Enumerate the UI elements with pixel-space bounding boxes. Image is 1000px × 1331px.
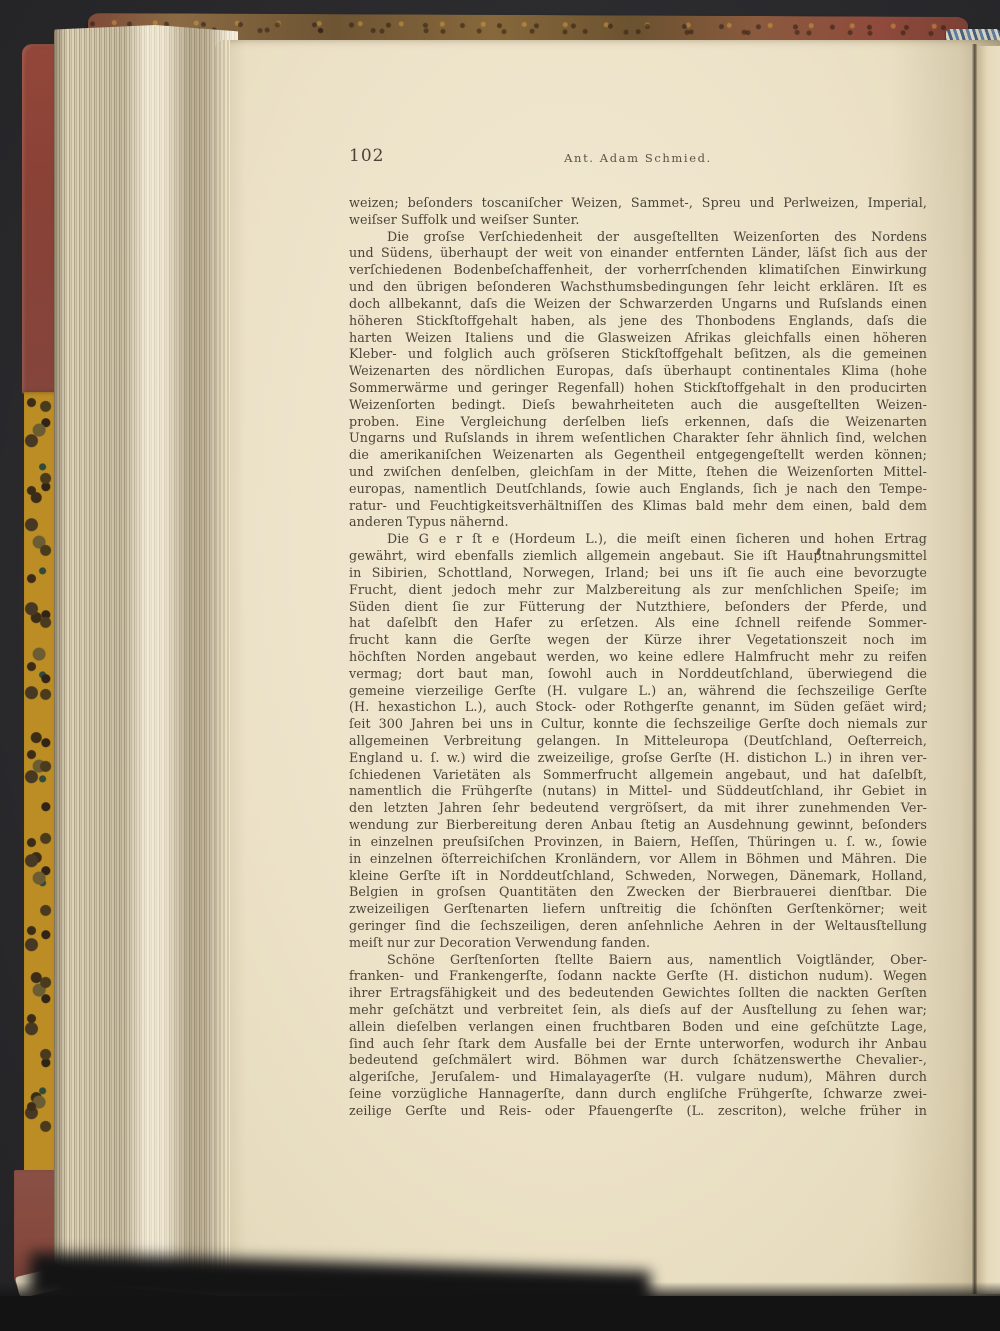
- text-line: Frucht, dient jedoch mehr zur Malzbereit…: [349, 582, 927, 599]
- text-line: algeriſche, Jeruſalem- und Himalayagerſt…: [349, 1069, 927, 1086]
- text-line: ſind auch ſehr ſtark dem Ausfalle bei de…: [349, 1036, 927, 1053]
- text-line: weiſser Suffolk und weiſser Sunter.: [349, 212, 927, 229]
- text-line: in einzelnen öſterreichiſchen Kronländer…: [349, 851, 927, 868]
- text-line: franken- und Frankengerſte, ſodann nackt…: [349, 968, 927, 985]
- text-line: europas, namentlich Deutſchlands, ſowie …: [349, 481, 927, 498]
- text-line: und den übrigen beſonderen Wachsthumsbed…: [349, 279, 927, 296]
- text-line: ſchiedenen Varietäten als Sommerfrucht a…: [349, 767, 927, 784]
- book-scan-scene: 102 Ant. Adam Schmied. weizen; beſonders…: [0, 0, 1000, 1331]
- text-line: Weizenarten des nördlichen Europas, daſs…: [349, 363, 927, 380]
- text-line: Süden dient ſie zur Fütterung der Nutzth…: [349, 599, 927, 616]
- text-line: anderen Typus nähernd.: [349, 514, 927, 531]
- facing-page-sliver: [977, 46, 1000, 1294]
- paragraph: Schöne Gerſtenſorten ſtellte Baiern aus,…: [349, 952, 927, 1120]
- text-line: verſchiedenen Bodenbeſchaffenheit, der v…: [349, 262, 927, 279]
- running-head: Ant. Adam Schmied.: [349, 151, 927, 165]
- text-line: zeilige Gerſte und Reis- oder Pfauengerſ…: [349, 1103, 927, 1120]
- text-line: proben. Eine Vergleichung derſelben lieſ…: [349, 414, 927, 431]
- text-line: hat daſelbſt den Hafer zu erſetzen. Als …: [349, 615, 927, 632]
- text-line: wendung zur Bierbereitung deren Anbau ſt…: [349, 817, 927, 834]
- text-line: frucht kann die Gerſte wegen der Kürze i…: [349, 632, 927, 649]
- ink-speck: [735, 625, 737, 627]
- text-line: Sommerwärme und geringer Regenfall) hohe…: [349, 380, 927, 397]
- text-line: Ungarns und Ruſslands in ihrem weſentlic…: [349, 430, 927, 447]
- text-line: höchſten Norden angebaut werden, wo kein…: [349, 649, 927, 666]
- text-line: und Südens, überhaupt der weit von einan…: [349, 245, 927, 262]
- text-line: und zwiſchen denſelben, gleichſam in der…: [349, 464, 927, 481]
- text-line: in einzelnen preuſsiſchen Provinzen, in …: [349, 834, 927, 851]
- text-line: allgemeinen Verbreitung gelangen. In Mit…: [349, 733, 927, 750]
- text-line: Die G e r ſt e (Hordeum L.), die meiſt e…: [349, 531, 927, 548]
- text-line: (H. hexastichon L.), auch Stock- oder Ro…: [349, 699, 927, 716]
- text-line: den letzten Jahren ſehr bedeutend vergrö…: [349, 800, 927, 817]
- text-line: höheren Stickſtoffgehalt haben, als jene…: [349, 313, 927, 330]
- text-line: gemeine vierzeilige Gerſte (H. vulgare L…: [349, 683, 927, 700]
- text-line: kleine Gerſte iſt in Norddeutſchland, Sc…: [349, 868, 927, 885]
- text-line: allein dieſelben verlangen einen fruchtb…: [349, 1019, 927, 1036]
- text-line: doch allbekannt, daſs die Weizen der Sch…: [349, 296, 927, 313]
- text-line: Weizenſorten bedingt. Dieſs bewahrheitet…: [349, 397, 927, 414]
- text-line: weizen; beſonders toscaniſcher Weizen, S…: [349, 195, 927, 212]
- text-line: geringer ſind die ſechszeiligen, deren a…: [349, 918, 927, 935]
- text-line: ſeine vorzügliche Hannagerſte, dann durc…: [349, 1086, 927, 1103]
- paragraph: Die G e r ſt e (Hordeum L.), die meiſt e…: [349, 531, 927, 951]
- text-line: England u. ſ. w.) wird die zweizeilige, …: [349, 750, 927, 767]
- text-line: ihrer Ertragsfähigkeit und des bedeutend…: [349, 985, 927, 1002]
- text-line: namentlich die Frühgerſte (nutans) in Mi…: [349, 783, 927, 800]
- text-line: Belgien in groſsen Quantitäten den Zweck…: [349, 884, 927, 901]
- text-line: ratur- und Feuchtigkeitsverhältniſſen de…: [349, 498, 927, 515]
- text-line: Die groſse Verſchiedenheit der ausgeſtel…: [349, 229, 927, 246]
- text-line: in Sibirien, Schottland, Norwegen, Irlan…: [349, 565, 927, 582]
- fore-edge-page-stack: [54, 25, 238, 1297]
- text-line: Schöne Gerſtenſorten ſtellte Baiern aus,…: [349, 952, 927, 969]
- text-line: Kleber- und folglich auch gröſseren Stic…: [349, 346, 927, 363]
- text-line: zweizeiligen Gerſtenarten liefern unſtre…: [349, 901, 927, 918]
- page-body: weizen; beſonders toscaniſcher Weizen, S…: [349, 195, 927, 1120]
- text-line: mehr geſchätzt und verbreitet ſein, als …: [349, 1002, 927, 1019]
- text-line: ſeit 300 Jahren bei uns in Cultur, konnt…: [349, 716, 927, 733]
- page-left-leaf-edges: [215, 40, 230, 1302]
- text-line: bedeutend geſchmälert wird. Böhmen war d…: [349, 1052, 927, 1069]
- text-line: vermag; dort baut man, ſowohl auch in No…: [349, 666, 927, 683]
- open-book-page: 102 Ant. Adam Schmied. weizen; beſonders…: [215, 40, 1000, 1302]
- printed-text-block: 102 Ant. Adam Schmied. weizen; beſonders…: [349, 146, 927, 1246]
- paragraph: weizen; beſonders toscaniſcher Weizen, S…: [349, 195, 927, 229]
- background-bottom-band: [0, 1296, 1000, 1331]
- text-line: harten Weizen Italiens und die Glasweize…: [349, 330, 927, 347]
- text-line: meiſt nur zur Decoration Verwendung fand…: [349, 935, 927, 952]
- paragraph: Die groſse Verſchiedenheit der ausgeſtel…: [349, 229, 927, 532]
- text-line: gewährt, wird ebenfalls ziemlich allgeme…: [349, 548, 927, 565]
- text-line: die amerikaniſchen Weizenarten als Gegen…: [349, 447, 927, 464]
